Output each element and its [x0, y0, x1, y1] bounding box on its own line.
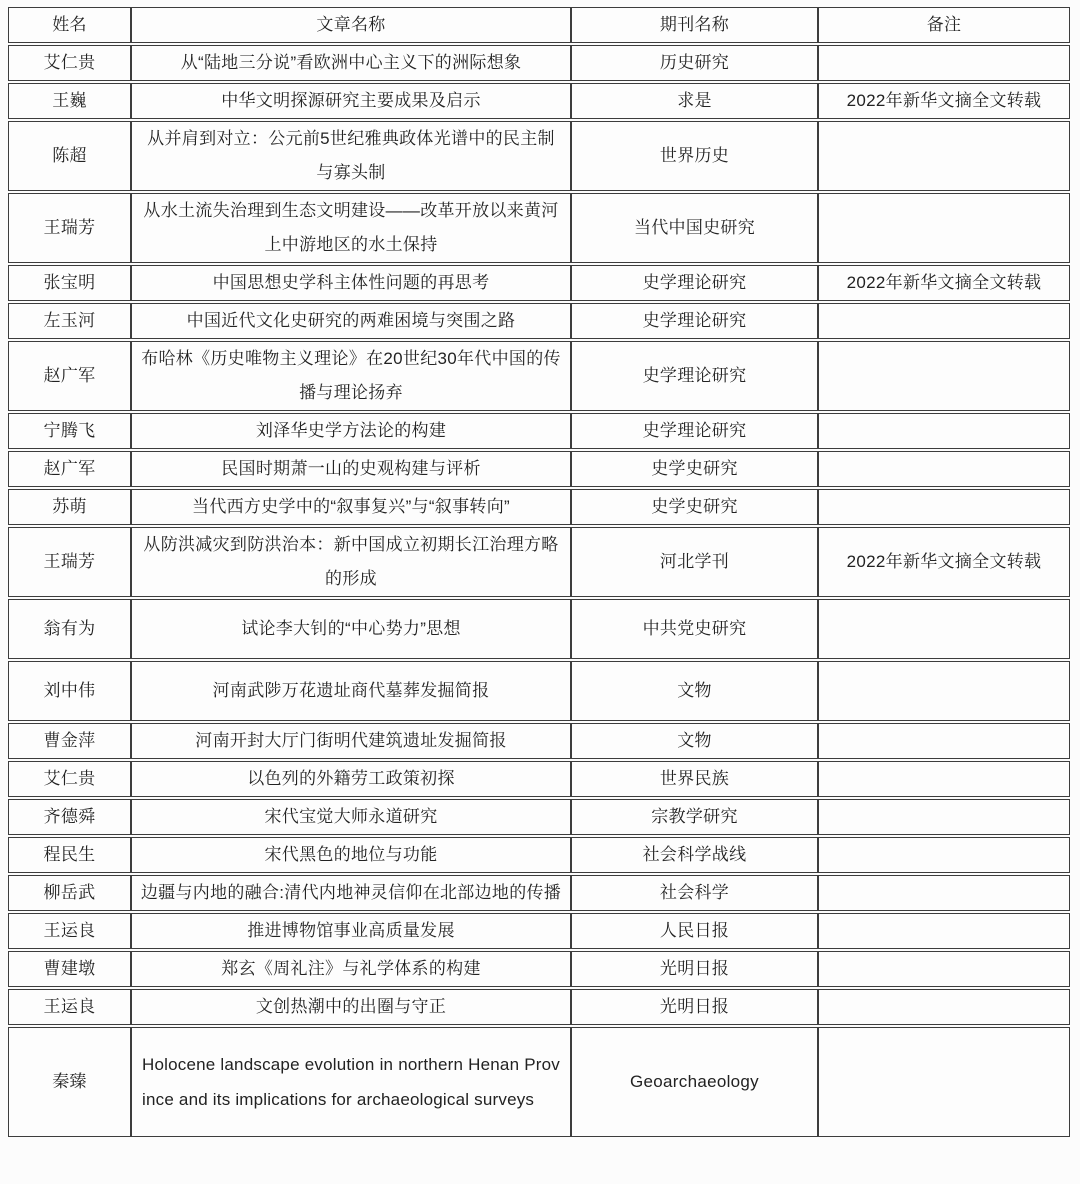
table-row: 齐德舜 宋代宝觉大师永道研究 宗教学研究 [8, 799, 1070, 835]
cell-author-name: 王运良 [8, 989, 131, 1025]
cell-note [818, 913, 1070, 949]
cell-article-title: 中国思想史学科主体性问题的再思考 [131, 265, 571, 301]
cell-journal-name: 光明日报 [571, 951, 818, 987]
cell-note [818, 875, 1070, 911]
cell-author-name: 赵广军 [8, 451, 131, 487]
cell-note [818, 989, 1070, 1025]
cell-journal-name: 宗教学研究 [571, 799, 818, 835]
cell-note [818, 837, 1070, 873]
table-row: 赵广军 布哈林《历史唯物主义理论》在20世纪30年代中国的传播与理论扬弃 史学理… [8, 341, 1070, 411]
table-row: 曹金萍 河南开封大厅门街明代建筑遗址发掘简报 文物 [8, 723, 1070, 759]
cell-author-name: 艾仁贵 [8, 45, 131, 81]
header-row: 姓名 文章名称 期刊名称 备注 [8, 7, 1070, 43]
table-row: 秦臻 Holocene landscape evolution in north… [8, 1027, 1070, 1137]
table-body: 艾仁贵 从“陆地三分说”看欧洲中心主义下的洲际想象 历史研究 王巍 中华文明探源… [8, 45, 1070, 1137]
cell-article-title: 当代西方史学中的“叙事复兴”与“叙事转向” [131, 489, 571, 525]
cell-author-name: 程民生 [8, 837, 131, 873]
cell-note [818, 303, 1070, 339]
cell-author-name: 王瑞芳 [8, 193, 131, 263]
cell-note [818, 341, 1070, 411]
cell-note [818, 599, 1070, 659]
table-row: 张宝明 中国思想史学科主体性问题的再思考 史学理论研究 2022年新华文摘全文转… [8, 265, 1070, 301]
cell-article-title: 郑玄《周礼注》与礼学体系的构建 [131, 951, 571, 987]
cell-article-title: 从防洪减灾到防洪治本：新中国成立初期长江治理方略的形成 [131, 527, 571, 597]
cell-journal-name: 史学史研究 [571, 489, 818, 525]
cell-note [818, 1027, 1070, 1137]
cell-note: 2022年新华文摘全文转载 [818, 527, 1070, 597]
cell-journal-name: 社会科学战线 [571, 837, 818, 873]
cell-author-name: 艾仁贵 [8, 761, 131, 797]
cell-journal-name: 当代中国史研究 [571, 193, 818, 263]
cell-author-name: 张宝明 [8, 265, 131, 301]
table-row: 柳岳武 边疆与内地的融合:清代内地神灵信仰在北部边地的传播 社会科学 [8, 875, 1070, 911]
document-page: 姓名 文章名称 期刊名称 备注 艾仁贵 从“陆地三分说”看欧洲中心主义下的洲际想… [0, 0, 1080, 1184]
table-row: 宁腾飞 刘泽华史学方法论的构建 史学理论研究 [8, 413, 1070, 449]
cell-author-name: 王运良 [8, 913, 131, 949]
table-row: 赵广军 民国时期萧一山的史观构建与评析 史学史研究 [8, 451, 1070, 487]
cell-author-name: 曹金萍 [8, 723, 131, 759]
cell-author-name: 翁有为 [8, 599, 131, 659]
cell-article-title: Holocene landscape evolution in northern… [131, 1027, 571, 1137]
cell-author-name: 王瑞芳 [8, 527, 131, 597]
cell-journal-name: 史学理论研究 [571, 413, 818, 449]
table-row: 左玉河 中国近代文化史研究的两难困境与突围之路 史学理论研究 [8, 303, 1070, 339]
cell-author-name: 秦臻 [8, 1027, 131, 1137]
cell-article-title: 布哈林《历史唯物主义理论》在20世纪30年代中国的传播与理论扬弃 [131, 341, 571, 411]
cell-journal-name: 史学理论研究 [571, 265, 818, 301]
cell-article-title: 边疆与内地的融合:清代内地神灵信仰在北部边地的传播 [131, 875, 571, 911]
cell-journal-name: 世界历史 [571, 121, 818, 191]
cell-author-name: 柳岳武 [8, 875, 131, 911]
cell-article-title: 推进博物馆事业高质量发展 [131, 913, 571, 949]
cell-author-name: 曹建墩 [8, 951, 131, 987]
cell-journal-name: 人民日报 [571, 913, 818, 949]
table-row: 苏萌 当代西方史学中的“叙事复兴”与“叙事转向” 史学史研究 [8, 489, 1070, 525]
cell-note [818, 451, 1070, 487]
table-row: 王瑞芳 从防洪减灾到防洪治本：新中国成立初期长江治理方略的形成 河北学刊 202… [8, 527, 1070, 597]
table-row: 曹建墩 郑玄《周礼注》与礼学体系的构建 光明日报 [8, 951, 1070, 987]
cell-note [818, 799, 1070, 835]
cell-journal-name: 光明日报 [571, 989, 818, 1025]
table-row: 王巍 中华文明探源研究主要成果及启示 求是 2022年新华文摘全文转载 [8, 83, 1070, 119]
cell-note [818, 489, 1070, 525]
cell-journal-name: 社会科学 [571, 875, 818, 911]
cell-journal-name: 文物 [571, 661, 818, 721]
cell-article-title: 宋代黑色的地位与功能 [131, 837, 571, 873]
cell-article-title: 以色列的外籍劳工政策初探 [131, 761, 571, 797]
cell-note [818, 761, 1070, 797]
cell-author-name: 左玉河 [8, 303, 131, 339]
publications-table: 姓名 文章名称 期刊名称 备注 艾仁贵 从“陆地三分说”看欧洲中心主义下的洲际想… [8, 5, 1070, 1139]
table-row: 艾仁贵 以色列的外籍劳工政策初探 世界民族 [8, 761, 1070, 797]
cell-article-title: 刘泽华史学方法论的构建 [131, 413, 571, 449]
cell-article-title: 河南武陟万花遗址商代墓葬发掘简报 [131, 661, 571, 721]
cell-note: 2022年新华文摘全文转载 [818, 83, 1070, 119]
table-row: 程民生 宋代黑色的地位与功能 社会科学战线 [8, 837, 1070, 873]
table-row: 陈超 从并肩到对立：公元前5世纪雅典政体光谱中的民主制与寡头制 世界历史 [8, 121, 1070, 191]
cell-journal-name: Geoarchaeology [571, 1027, 818, 1137]
cell-author-name: 赵广军 [8, 341, 131, 411]
table-row: 艾仁贵 从“陆地三分说”看欧洲中心主义下的洲际想象 历史研究 [8, 45, 1070, 81]
cell-article-title: 中华文明探源研究主要成果及启示 [131, 83, 571, 119]
table-row: 王运良 推进博物馆事业高质量发展 人民日报 [8, 913, 1070, 949]
cell-article-title: 文创热潮中的出圈与守正 [131, 989, 571, 1025]
cell-article-title: 从并肩到对立：公元前5世纪雅典政体光谱中的民主制与寡头制 [131, 121, 571, 191]
cell-author-name: 苏萌 [8, 489, 131, 525]
cell-article-title: 从水土流失治理到生态文明建设——改革开放以来黄河上中游地区的水土保持 [131, 193, 571, 263]
cell-note: 2022年新华文摘全文转载 [818, 265, 1070, 301]
cell-author-name: 王巍 [8, 83, 131, 119]
table-row: 刘中伟 河南武陟万花遗址商代墓葬发掘简报 文物 [8, 661, 1070, 721]
cell-author-name: 刘中伟 [8, 661, 131, 721]
cell-note [818, 723, 1070, 759]
cell-note [818, 193, 1070, 263]
cell-note [818, 661, 1070, 721]
cell-journal-name: 史学理论研究 [571, 341, 818, 411]
table-row: 王瑞芳 从水土流失治理到生态文明建设——改革开放以来黄河上中游地区的水土保持 当… [8, 193, 1070, 263]
cell-note [818, 951, 1070, 987]
cell-author-name: 宁腾飞 [8, 413, 131, 449]
cell-journal-name: 史学史研究 [571, 451, 818, 487]
table-row: 翁有为 试论李大钊的“中心势力”思想 中共党史研究 [8, 599, 1070, 659]
cell-author-name: 陈超 [8, 121, 131, 191]
col-header-journal: 期刊名称 [571, 7, 818, 43]
cell-article-title: 从“陆地三分说”看欧洲中心主义下的洲际想象 [131, 45, 571, 81]
cell-note [818, 121, 1070, 191]
cell-journal-name: 历史研究 [571, 45, 818, 81]
cell-article-title: 中国近代文化史研究的两难困境与突围之路 [131, 303, 571, 339]
cell-article-title: 民国时期萧一山的史观构建与评析 [131, 451, 571, 487]
cell-article-title: 宋代宝觉大师永道研究 [131, 799, 571, 835]
cell-journal-name: 河北学刊 [571, 527, 818, 597]
cell-journal-name: 文物 [571, 723, 818, 759]
cell-article-title: 试论李大钊的“中心势力”思想 [131, 599, 571, 659]
cell-author-name: 齐德舜 [8, 799, 131, 835]
col-header-note: 备注 [818, 7, 1070, 43]
cell-note [818, 413, 1070, 449]
cell-article-title: 河南开封大厅门街明代建筑遗址发掘简报 [131, 723, 571, 759]
table-row: 王运良 文创热潮中的出圈与守正 光明日报 [8, 989, 1070, 1025]
col-header-article: 文章名称 [131, 7, 571, 43]
cell-note [818, 45, 1070, 81]
cell-journal-name: 世界民族 [571, 761, 818, 797]
col-header-name: 姓名 [8, 7, 131, 43]
cell-journal-name: 中共党史研究 [571, 599, 818, 659]
cell-journal-name: 史学理论研究 [571, 303, 818, 339]
cell-journal-name: 求是 [571, 83, 818, 119]
